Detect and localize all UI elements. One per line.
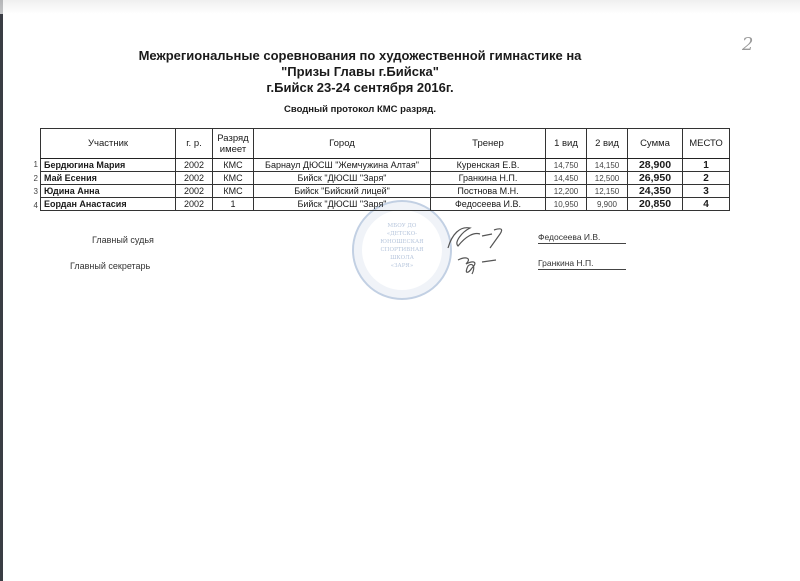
col-place: МЕСТО: [683, 129, 730, 159]
birth-year: 2002: [176, 198, 213, 211]
coach: Куренская Е.В.: [431, 159, 546, 172]
col-coach: Тренер: [431, 129, 546, 159]
participant-name: Еордан Анастасия: [41, 198, 176, 211]
row-number: 4: [28, 201, 38, 210]
coach: Гранкина Н.П.: [431, 172, 546, 185]
place: 3: [683, 185, 730, 198]
stamp-line: «ЗАРЯ»: [354, 262, 450, 270]
city: Бийск "Бийский лицей": [254, 185, 431, 198]
event-1-score: 12,200: [546, 185, 587, 198]
event-2-score: 12,150: [587, 185, 628, 198]
table-header-row: Участник г. р. Разряд имеет Город Тренер…: [41, 129, 730, 159]
place: 2: [683, 172, 730, 185]
stamp-text: МБОУ ДО«ДЕТСКО-ЮНОШЕСКАЯСПОРТИВНАЯШКОЛА«…: [354, 222, 450, 270]
place: 4: [683, 198, 730, 211]
coach: Федосеева И.В.: [431, 198, 546, 211]
title-line-2: "Призы Главы г.Бийска": [130, 64, 590, 79]
event-2-score: 9,900: [587, 198, 628, 211]
coach: Постнова М.Н.: [431, 185, 546, 198]
row-number: 2: [28, 174, 38, 183]
judge-signature: [440, 222, 510, 252]
birth-year: 2002: [176, 185, 213, 198]
chief-secretary-label: Главный секретарь: [70, 261, 150, 271]
event-1-score: 14,450: [546, 172, 587, 185]
city: Бийск "ДЮСШ "Заря": [254, 172, 431, 185]
official-stamp: МБОУ ДО«ДЕТСКО-ЮНОШЕСКАЯСПОРТИВНАЯШКОЛА«…: [352, 200, 452, 300]
stamp-line: СПОРТИВНАЯ: [354, 246, 450, 254]
birth-year: 2002: [176, 172, 213, 185]
event-1-score: 10,950: [546, 198, 587, 211]
total-score: 24,350: [628, 185, 683, 198]
title-line-1: Межрегиональные соревнования по художест…: [130, 48, 590, 63]
stamp-line: МБОУ ДО: [354, 222, 450, 230]
col-rank: Разряд имеет: [213, 129, 254, 159]
participant-name: Бердюгина Мария: [41, 159, 176, 172]
event-1-score: 14,750: [546, 159, 587, 172]
total-score: 26,950: [628, 172, 683, 185]
page-number: 2: [742, 34, 753, 55]
table-row: Юдина Анна2002КМСБийск "Бийский лицей"По…: [41, 185, 730, 198]
col-rank-label: Разряд имеет: [217, 133, 248, 155]
col-event-1: 1 вид: [546, 129, 587, 159]
stamp-line: ШКОЛА: [354, 254, 450, 262]
stamp-line: «ДЕТСКО-: [354, 230, 450, 238]
participant-name: Юдина Анна: [41, 185, 176, 198]
event-2-score: 14,150: [587, 159, 628, 172]
col-birth-year: г. р.: [176, 129, 213, 159]
stamp-line: ЮНОШЕСКАЯ: [354, 238, 450, 246]
row-number: 1: [28, 160, 38, 169]
rank: КМС: [213, 185, 254, 198]
rank: 1: [213, 198, 254, 211]
chief-judge-label: Главный судья: [92, 235, 154, 245]
results-table: Участник г. р. Разряд имеет Город Тренер…: [40, 128, 730, 211]
col-city: Город: [254, 129, 431, 159]
rank: КМС: [213, 159, 254, 172]
participant-name: Май Есения: [41, 172, 176, 185]
table-row: Бердюгина Мария2002КМСБарнаул ДЮСШ "Жемч…: [41, 159, 730, 172]
scan-edge: [0, 0, 3, 581]
secretary-signature: [452, 252, 512, 278]
col-participant: Участник: [41, 129, 176, 159]
total-score: 20,850: [628, 198, 683, 211]
chief-secretary-name: Гранкина Н.П.: [538, 258, 626, 270]
title-line-3: г.Бийск 23-24 сентября 2016г.: [130, 80, 590, 95]
scan-noise: [0, 0, 800, 14]
chief-judge-name: Федосеева И.В.: [538, 232, 626, 244]
birth-year: 2002: [176, 159, 213, 172]
total-score: 28,900: [628, 159, 683, 172]
table-row: Еордан Анастасия20021Бийск "ДЮСШ "Заря"Ф…: [41, 198, 730, 211]
city: Барнаул ДЮСШ "Жемчужина Алтая": [254, 159, 431, 172]
col-sum: Сумма: [628, 129, 683, 159]
city: Бийск "ДЮСШ "Заря": [254, 198, 431, 211]
row-number: 3: [28, 187, 38, 196]
protocol-subtitle: Сводный протокол КМС разряд.: [130, 104, 590, 115]
table-row: Май Есения2002КМСБийск "ДЮСШ "Заря"Гранк…: [41, 172, 730, 185]
rank: КМС: [213, 172, 254, 185]
event-2-score: 12,500: [587, 172, 628, 185]
place: 1: [683, 159, 730, 172]
col-event-2: 2 вид: [587, 129, 628, 159]
